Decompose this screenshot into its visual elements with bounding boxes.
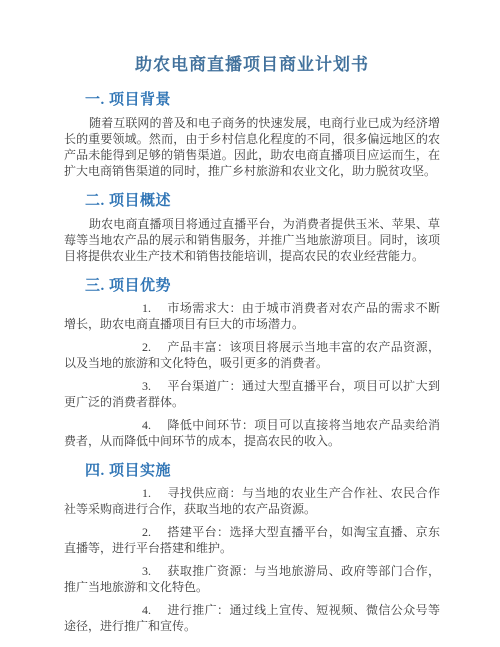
document-page: 助农电商直播项目商业计划书 一. 项目背景 随着互联网的普及和电子商务的快速发展… — [0, 0, 500, 647]
list-item-number: 1. — [103, 485, 151, 501]
list-item: 1.寻找供应商：与当地的农业生产合作社、农民合作社等采购商进行合作，获取当地的农… — [64, 485, 440, 517]
list-item-number: 1. — [103, 300, 151, 316]
section-heading-overview: 二. 项目概述 — [85, 191, 440, 211]
list-item-number: 3. — [103, 563, 151, 579]
section-heading-background: 一. 项目背景 — [85, 90, 440, 110]
list-item-number: 3. — [103, 378, 151, 394]
section-heading-implementation: 四. 项目实施 — [85, 461, 440, 481]
section-project-background: 一. 项目背景 随着互联网的普及和电子商务的快速发展，电商行业已成为经济增长的重… — [64, 90, 440, 179]
section-project-advantages: 三. 项目优势 1.市场需求大：由于城市消费者对农产品的需求不断增长，助农电商直… — [64, 276, 440, 449]
paragraph-background: 随着互联网的普及和电子商务的快速发展，电商行业已成为经济增长的重要领域。然而，由… — [64, 115, 440, 179]
document-title: 助农电商直播项目商业计划书 — [64, 52, 440, 78]
section-project-implementation: 四. 项目实施 1.寻找供应商：与当地的农业生产合作社、农民合作社等采购商进行合… — [64, 461, 440, 634]
list-item: 3.平台渠道广：通过大型直播平台，项目可以扩大到更广泛的消费者群体。 — [64, 378, 440, 410]
section-heading-advantages: 三. 项目优势 — [85, 276, 440, 296]
list-item: 1.市场需求大：由于城市消费者对农产品的需求不断增长，助农电商直播项目有巨大的市… — [64, 300, 440, 332]
list-item-number: 2. — [103, 339, 151, 355]
list-item-number: 4. — [103, 602, 151, 618]
list-item: 4.降低中间环节：项目可以直接将当地农产品卖给消费者，从而降低中间环节的成本，提… — [64, 417, 440, 449]
list-item: 4.进行推广：通过线上宣传、短视频、微信公众号等途径，进行推广和宣传。 — [64, 602, 440, 634]
section-project-overview: 二. 项目概述 助农电商直播项目将通过直播平台，为消费者提供玉米、苹果、草莓等当… — [64, 191, 440, 264]
list-item-number: 4. — [103, 417, 151, 433]
list-item: 2.产品丰富：该项目将展示当地丰富的农产品资源，以及当地的旅游和文化特色，吸引更… — [64, 339, 440, 371]
list-item: 3.获取推广资源：与当地旅游局、政府等部门合作，推广当地旅游和文化特色。 — [64, 563, 440, 595]
list-item: 2.搭建平台：选择大型直播平台，如淘宝直播、京东直播等，进行平台搭建和维护。 — [64, 524, 440, 556]
list-item-number: 2. — [103, 524, 151, 540]
paragraph-overview: 助农电商直播项目将通过直播平台，为消费者提供玉米、苹果、草莓等当地农产品的展示和… — [64, 216, 440, 264]
